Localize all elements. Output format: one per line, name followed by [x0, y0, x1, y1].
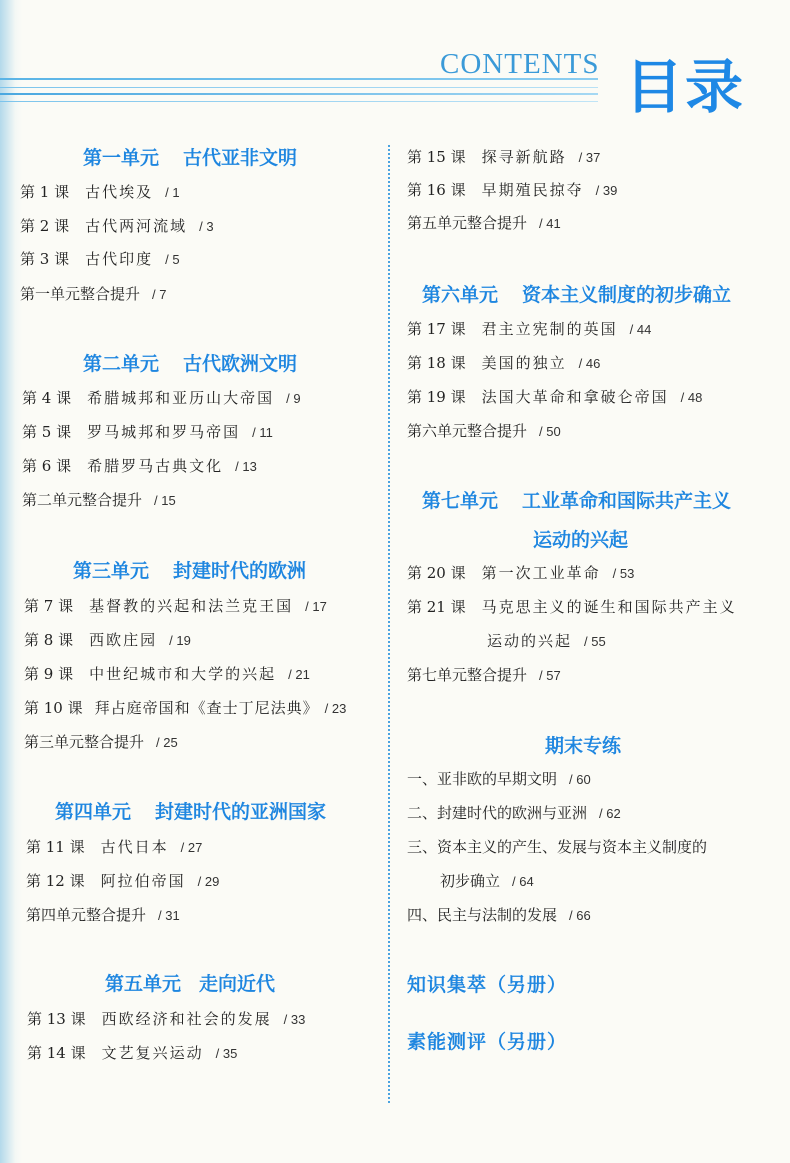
lesson-title: 罗马城邦和罗马帝国: [87, 423, 240, 441]
unit-heading-7[interactable]: 第七单元工业革命和国际共产主义: [422, 486, 731, 513]
final-practice-item[interactable]: 四、民主与法制的发展/ 66: [407, 904, 591, 925]
lesson-entry[interactable]: 第 14 课文艺复兴运动/ 35: [27, 1042, 237, 1063]
lesson-title: 西欧庄园: [89, 631, 157, 649]
lesson-entry[interactable]: 第 17 课君主立宪制的英国/ 44: [407, 318, 651, 339]
page-number: / 15: [154, 493, 176, 508]
lesson-number: 第 15 课: [407, 146, 466, 167]
page-number: / 21: [288, 667, 310, 682]
unit-name: 工业革命和国际共产主义: [522, 490, 731, 512]
unit-heading-5[interactable]: 第五单元走向近代: [105, 969, 275, 996]
unit-number: 第四单元: [55, 801, 131, 823]
unit-number: 第一单元: [83, 147, 159, 169]
summary-title: 第一单元整合提升: [20, 285, 140, 303]
lesson-entry-continued[interactable]: 运动的兴起/ 55: [487, 630, 606, 651]
lesson-title: 希腊城邦和亚历山大帝国: [87, 389, 274, 407]
lesson-number: 第 20 课: [407, 562, 466, 583]
lesson-number: 第 11 课: [26, 836, 85, 857]
page-number: / 60: [569, 772, 591, 787]
lesson-number: 第 17 课: [407, 318, 466, 339]
lesson-entry[interactable]: 第 8 课西欧庄园/ 19: [24, 629, 191, 650]
page-number: / 44: [630, 322, 652, 337]
page-number: / 37: [579, 150, 601, 165]
unit-name-continued: 运动的兴起: [533, 529, 628, 551]
header-rule: [0, 87, 598, 88]
summary-title: 第七单元整合提升: [407, 666, 527, 684]
lesson-entry[interactable]: 第 11 课古代日本/ 27: [26, 836, 202, 857]
lesson-entry[interactable]: 第 4 课希腊城邦和亚历山大帝国/ 9: [22, 387, 301, 408]
summary-title: 第二单元整合提升: [22, 491, 142, 509]
unit-number: 第六单元: [422, 284, 498, 306]
lesson-number: 第 8 课: [24, 629, 73, 650]
lesson-title: 早期殖民掠夺: [482, 181, 584, 199]
unit-name: 古代亚非文明: [183, 147, 297, 169]
unit-summary-entry[interactable]: 第一单元整合提升/ 7: [20, 283, 166, 304]
lesson-entry[interactable]: 第 12 课阿拉伯帝国/ 29: [26, 870, 219, 891]
lesson-entry[interactable]: 第 2 课古代两河流域/ 3: [20, 215, 214, 236]
page-number: / 23: [325, 701, 347, 716]
unit-name: 封建时代的亚洲国家: [155, 801, 326, 823]
header-rule: [0, 101, 598, 102]
lesson-number: 第 3 课: [20, 248, 69, 269]
lesson-title: 希腊罗马古典文化: [87, 457, 223, 475]
lesson-title: 第一次工业革命: [482, 564, 601, 582]
page-number: / 19: [169, 633, 191, 648]
unit-name: 封建时代的欧洲: [173, 560, 306, 582]
page-number: / 46: [579, 356, 601, 371]
page-number: / 35: [216, 1046, 238, 1061]
lesson-title: 美国的独立: [482, 354, 567, 372]
unit-number: 第五单元: [105, 973, 181, 995]
lesson-entry[interactable]: 第 18 课美国的独立/ 46: [407, 352, 600, 373]
lesson-number: 第 6 课: [22, 455, 71, 476]
lesson-entry[interactable]: 第 16 课早期殖民掠夺/ 39: [407, 179, 617, 200]
lesson-entry[interactable]: 第 13 课西欧经济和社会的发展/ 33: [27, 1008, 305, 1029]
page-number: / 50: [539, 424, 561, 439]
lesson-entry[interactable]: 第 19 课法国大革命和拿破仑帝国/ 48: [407, 386, 702, 407]
lesson-number: 第 10 课: [24, 697, 83, 718]
summary-title: 第四单元整合提升: [26, 906, 146, 924]
lesson-number: 第 13 课: [27, 1008, 86, 1029]
unit-heading-4[interactable]: 第四单元封建时代的亚洲国家: [55, 797, 326, 824]
lesson-entry[interactable]: 第 9 课中世纪城市和大学的兴起/ 21: [24, 663, 310, 684]
lesson-number: 第 12 课: [26, 870, 85, 891]
unit-summary-entry[interactable]: 第五单元整合提升/ 41: [407, 212, 561, 233]
page-number: / 41: [539, 216, 561, 231]
lesson-entry[interactable]: 第 5 课罗马城邦和罗马帝国/ 11: [22, 421, 273, 442]
unit-heading-1[interactable]: 第一单元古代亚非文明: [83, 143, 297, 170]
lesson-number: 第 9 课: [24, 663, 73, 684]
unit-heading-3[interactable]: 第三单元封建时代的欧洲: [73, 556, 306, 583]
page-number: / 7: [152, 287, 166, 302]
lesson-entry[interactable]: 第 10 课拜占庭帝国和《查士丁尼法典》/ 23: [24, 697, 346, 718]
column-divider: [388, 145, 390, 1103]
page-number: / 48: [681, 390, 703, 405]
lesson-title: 文艺复兴运动: [102, 1044, 204, 1062]
contents-header: CONTENTS 目录: [0, 0, 790, 130]
page-number: / 57: [539, 668, 561, 683]
unit-heading-2[interactable]: 第二单元古代欧洲文明: [83, 349, 297, 376]
lesson-number: 第 5 课: [22, 421, 71, 442]
unit-number: 第七单元: [422, 490, 498, 512]
page-number: / 5: [165, 252, 179, 267]
page-number: / 13: [235, 459, 257, 474]
page-number: / 66: [569, 908, 591, 923]
booklet-knowledge-collection[interactable]: 知识集萃（另册）: [407, 970, 567, 997]
summary-title: 第六单元整合提升: [407, 422, 527, 440]
lesson-number: 第 19 课: [407, 386, 466, 407]
summary-title: 第五单元整合提升: [407, 214, 527, 232]
item-title: 一、亚非欧的早期文明: [407, 770, 557, 788]
page-number: / 33: [284, 1012, 306, 1027]
lesson-number: 第 1 课: [20, 181, 69, 202]
lesson-number: 第 14 课: [27, 1042, 86, 1063]
lesson-title: 西欧经济和社会的发展: [102, 1010, 272, 1028]
lesson-title: 基督教的兴起和法兰克王国: [89, 597, 293, 615]
lesson-title: 中世纪城市和大学的兴起: [89, 665, 276, 683]
lesson-title: 拜占庭帝国和《查士丁尼法典》: [95, 699, 319, 717]
lesson-title: 古代日本: [101, 838, 169, 856]
lesson-number: 第 4 课: [22, 387, 71, 408]
unit-heading-6[interactable]: 第六单元资本主义制度的初步确立: [422, 280, 731, 307]
unit-summary-entry[interactable]: 第六单元整合提升/ 50: [407, 420, 561, 441]
unit-summary-entry[interactable]: 第七单元整合提升/ 57: [407, 664, 561, 685]
item-title: 三、资本主义的产生、发展与资本主义制度的: [407, 838, 707, 856]
lesson-title: 马克思主义的诞生和国际共产主义: [482, 598, 737, 616]
lesson-entry[interactable]: 第 21 课马克思主义的诞生和国际共产主义: [407, 596, 737, 617]
page-number: / 9: [286, 391, 300, 406]
unit-name: 古代欧洲文明: [183, 353, 297, 375]
lesson-number: 第 21 课: [407, 596, 466, 617]
header-rule: [0, 93, 598, 95]
page-number: / 1: [165, 185, 179, 200]
unit-heading-7-line2: 运动的兴起: [533, 525, 628, 552]
page-number: / 25: [156, 735, 178, 750]
final-practice-item[interactable]: 三、资本主义的产生、发展与资本主义制度的: [407, 836, 707, 857]
summary-title: 第三单元整合提升: [24, 733, 144, 751]
unit-name: 走向近代: [199, 973, 275, 995]
final-practice-item[interactable]: 二、封建时代的欧洲与亚洲/ 62: [407, 802, 621, 823]
lesson-title: 古代埃及: [85, 183, 153, 201]
page-number: / 62: [599, 806, 621, 821]
page-title: 目录: [625, 40, 745, 124]
unit-summary-entry[interactable]: 第二单元整合提升/ 15: [22, 489, 176, 510]
lesson-entry[interactable]: 第 15 课探寻新航路/ 37: [407, 146, 600, 167]
final-practice-title: 期末专练: [545, 735, 621, 757]
item-title: 二、封建时代的欧洲与亚洲: [407, 804, 587, 822]
page-number: / 64: [512, 874, 534, 889]
final-practice-item-continued[interactable]: 初步确立/ 64: [440, 870, 534, 891]
page-number: / 17: [305, 599, 327, 614]
lesson-title: 古代印度: [85, 250, 153, 268]
item-title-continued: 初步确立: [440, 872, 500, 890]
lesson-entry[interactable]: 第 20 课第一次工业革命/ 53: [407, 562, 634, 583]
english-title: CONTENTS: [440, 48, 599, 81]
unit-number: 第三单元: [73, 560, 149, 582]
lesson-title: 阿拉伯帝国: [101, 872, 186, 890]
lesson-number: 第 16 课: [407, 179, 466, 200]
final-practice-item[interactable]: 一、亚非欧的早期文明/ 60: [407, 768, 591, 789]
page-number: / 27: [181, 840, 203, 855]
page-number: / 39: [596, 183, 618, 198]
unit-summary-entry[interactable]: 第四单元整合提升/ 31: [26, 904, 180, 925]
lesson-title: 古代两河流域: [85, 217, 187, 235]
page-number: / 3: [199, 219, 213, 234]
final-practice-heading[interactable]: 期末专练: [545, 731, 621, 758]
lesson-number: 第 18 课: [407, 352, 466, 373]
lesson-number: 第 2 课: [20, 215, 69, 236]
page-number: / 55: [584, 634, 606, 649]
unit-summary-entry[interactable]: 第三单元整合提升/ 25: [24, 731, 178, 752]
page-edge-shadow: [0, 0, 22, 1163]
lesson-entry[interactable]: 第 3 课古代印度/ 5: [20, 248, 180, 269]
booklet-ability-assessment[interactable]: 素能测评（另册）: [407, 1027, 567, 1054]
lesson-title-continued: 运动的兴起: [487, 632, 572, 650]
item-title: 四、民主与法制的发展: [407, 906, 557, 924]
unit-number: 第二单元: [83, 353, 159, 375]
lesson-entry[interactable]: 第 6 课希腊罗马古典文化/ 13: [22, 455, 257, 476]
lesson-title: 法国大革命和拿破仑帝国: [482, 388, 669, 406]
lesson-entry[interactable]: 第 1 课古代埃及/ 1: [20, 181, 180, 202]
lesson-title: 探寻新航路: [482, 148, 567, 166]
page-number: / 29: [198, 874, 220, 889]
page-number: / 31: [158, 908, 180, 923]
page-number: / 11: [252, 425, 273, 440]
lesson-entry[interactable]: 第 7 课基督教的兴起和法兰克王国/ 17: [24, 595, 327, 616]
lesson-title: 君主立宪制的英国: [482, 320, 618, 338]
page-number: / 53: [613, 566, 635, 581]
unit-name: 资本主义制度的初步确立: [522, 284, 731, 306]
lesson-number: 第 7 课: [24, 595, 73, 616]
